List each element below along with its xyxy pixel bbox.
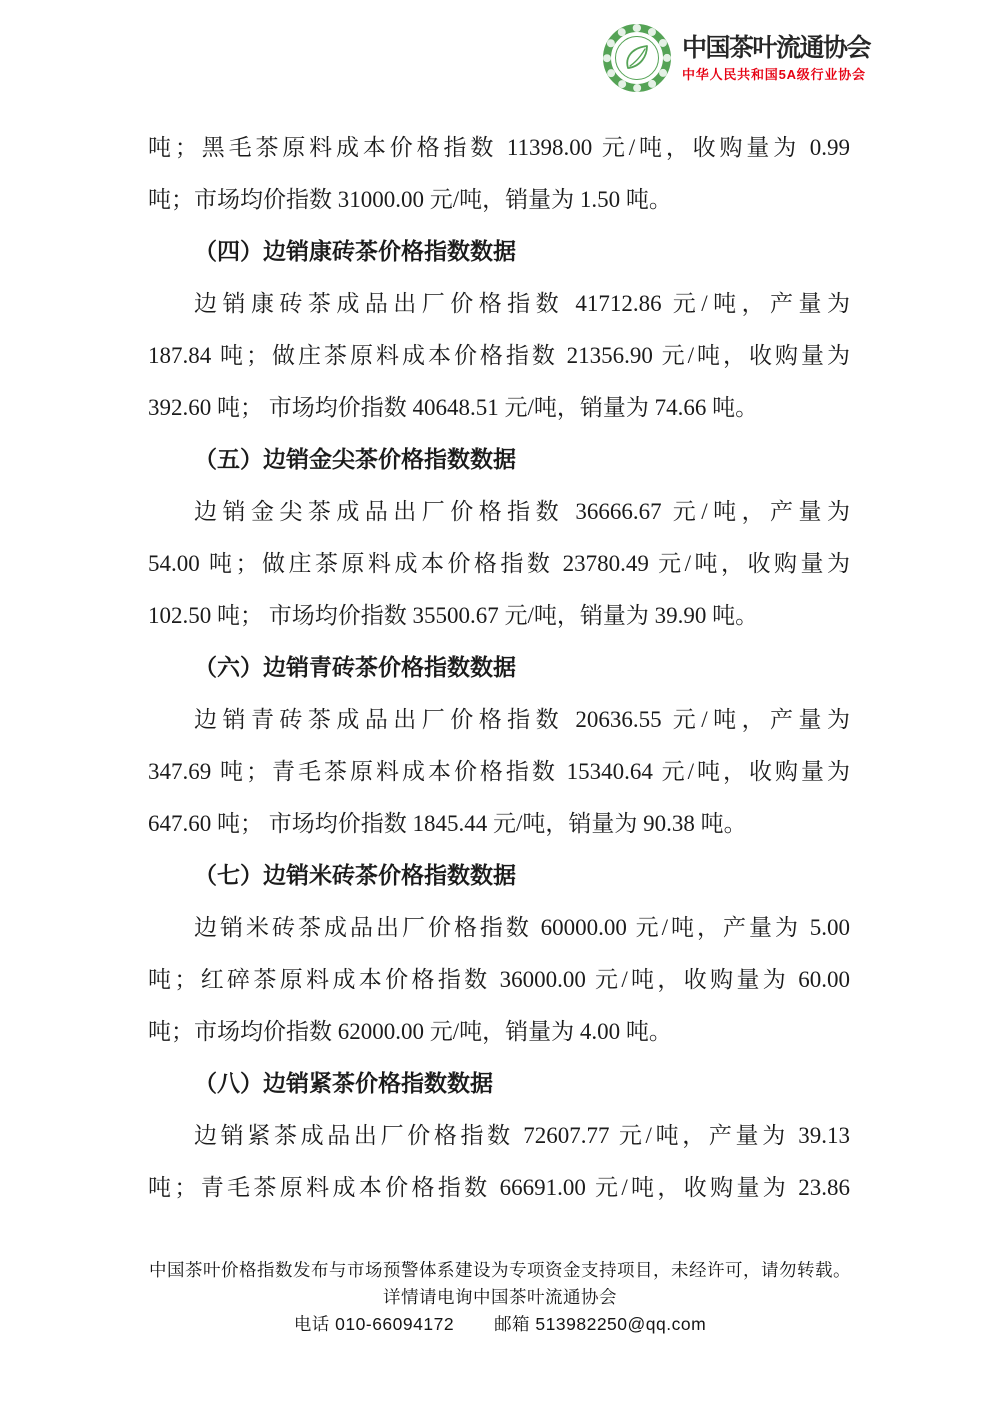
section-heading-6: （六）边销青砖茶价格指数数据 [148,642,850,694]
section-heading-7: （七）边销米砖茶价格指数数据 [148,850,850,902]
footer-contact: 电话 010-66094172邮箱 513982250@qq.com [0,1311,1000,1338]
paragraph-line: 吨；青毛茶原料成本价格指数 66691.00 元/吨，收购量为 23.86 [148,1162,850,1214]
tea-leaf-icon [621,42,653,74]
paragraph-line: 吨；黑毛茶原料成本价格指数 11398.00 元/吨，收购量为 0.99 [148,122,850,174]
paragraph-line: 边销康砖茶成品出厂价格指数 41712.86 元/吨，产量为 [148,278,850,330]
org-name: 中国茶叶流通协会 [682,34,870,64]
association-seal-icon [603,24,671,92]
footer-notice: 中国茶叶价格指数发布与市场预警体系建设为专项资金支持项目，未经许可，请勿转载。 [0,1257,1000,1284]
section-heading-8: （八）边销紧茶价格指数数据 [148,1058,850,1110]
document-body: 吨；黑毛茶原料成本价格指数 11398.00 元/吨，收购量为 0.99 吨；市… [148,122,850,1214]
section-heading-5: （五）边销金尖茶价格指数数据 [148,434,850,486]
logo-text-block: 中国茶叶流通协会 中华人民共和国5A级行业协会 [682,34,870,82]
paragraph-line: 392.60 吨； 市场均价指数 40648.51 元/吨，销量为 74.66 … [148,382,850,434]
association-logo: 中国茶叶流通协会 中华人民共和国5A级行业协会 [603,24,870,92]
footer-inquiry: 详情请电询中国茶叶流通协会 [0,1284,1000,1311]
footer-phone: 电话 010-66094172 [294,1314,454,1334]
footer-email: 邮箱 513982250@qq.com [494,1314,706,1334]
paragraph-line: 边销金尖茶成品出厂价格指数 36666.67 元/吨，产量为 [148,486,850,538]
paragraph-line: 吨；市场均价指数 31000.00 元/吨，销量为 1.50 吨。 [148,174,850,226]
paragraph-line: 647.60 吨； 市场均价指数 1845.44 元/吨，销量为 90.38 吨… [148,798,850,850]
paragraph-line: 边销米砖茶成品出厂价格指数 60000.00 元/吨，产量为 5.00 [148,902,850,954]
paragraph-line: 347.69 吨；青毛茶原料成本价格指数 15340.64 元/吨，收购量为 [148,746,850,798]
paragraph-line: 54.00 吨；做庄茶原料成本价格指数 23780.49 元/吨，收购量为 [148,538,850,590]
paragraph-line: 102.50 吨； 市场均价指数 35500.67 元/吨，销量为 39.90 … [148,590,850,642]
document-footer: 中国茶叶价格指数发布与市场预警体系建设为专项资金支持项目，未经许可，请勿转载。 … [0,1257,1000,1338]
section-heading-4: （四）边销康砖茶价格指数数据 [148,226,850,278]
paragraph-line: 187.84 吨；做庄茶原料成本价格指数 21356.90 元/吨，收购量为 [148,330,850,382]
paragraph-line: 吨；红碎茶原料成本价格指数 36000.00 元/吨，收购量为 60.00 [148,954,850,1006]
document-page: 中国茶叶流通协会 中华人民共和国5A级行业协会 吨；黑毛茶原料成本价格指数 11… [0,0,1000,1413]
paragraph-line: 边销青砖茶成品出厂价格指数 20636.55 元/吨，产量为 [148,694,850,746]
paragraph-line: 吨；市场均价指数 62000.00 元/吨，销量为 4.00 吨。 [148,1006,850,1058]
org-subtitle: 中华人民共和国5A级行业协会 [682,67,866,82]
paragraph-line: 边销紧茶成品出厂价格指数 72607.77 元/吨，产量为 39.13 [148,1110,850,1162]
